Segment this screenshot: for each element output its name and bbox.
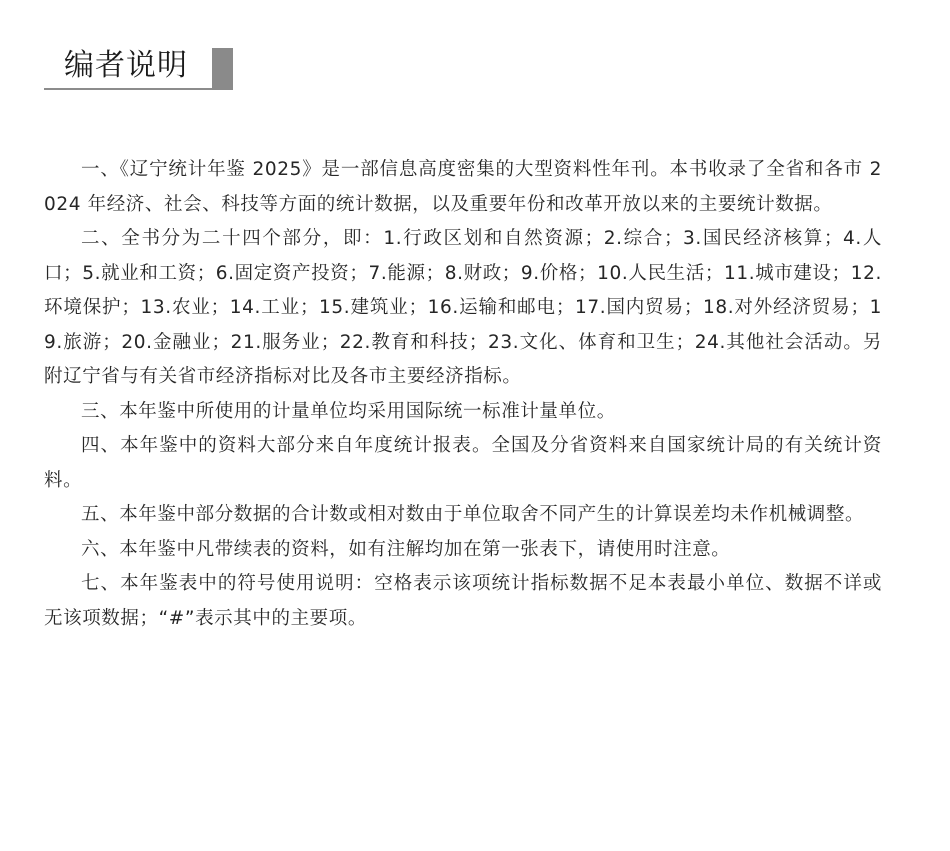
- note-paragraph-3: 三、本年鉴中所使用的计量单位均采用国际统一标准计量单位。: [44, 395, 882, 430]
- note-paragraph-5: 五、本年鉴中部分数据的合计数或相对数由于单位取舍不同产生的计算误差均未作机械调整…: [44, 498, 882, 533]
- note-paragraph-2: 二、全书分为二十四个部分，即：1.行政区划和自然资源；2.综合；3.国民经济核算…: [44, 222, 882, 395]
- note-paragraph-4: 四、本年鉴中的资料大部分来自年度统计报表。全国及分省资料来自国家统计局的有关统计…: [44, 429, 882, 498]
- page-title: 编者说明: [64, 46, 188, 86]
- title-accent-block: [212, 48, 233, 90]
- note-paragraph-1: 一、《辽宁统计年鉴 2025》是一部信息高度密集的大型资料性年刊。本书收录了全省…: [44, 153, 882, 222]
- note-paragraph-6: 六、本年鉴中凡带续表的资料，如有注解均加在第一张表下，请使用时注意。: [44, 533, 882, 568]
- section-header: 编者说明: [44, 40, 234, 92]
- note-paragraph-7: 七、本年鉴表中的符号使用说明：空格表示该项统计指标数据不足本表最小单位、数据不详…: [44, 567, 882, 636]
- title-underline: [44, 88, 214, 90]
- editor-notes-body: 一、《辽宁统计年鉴 2025》是一部信息高度密集的大型资料性年刊。本书收录了全省…: [44, 153, 882, 636]
